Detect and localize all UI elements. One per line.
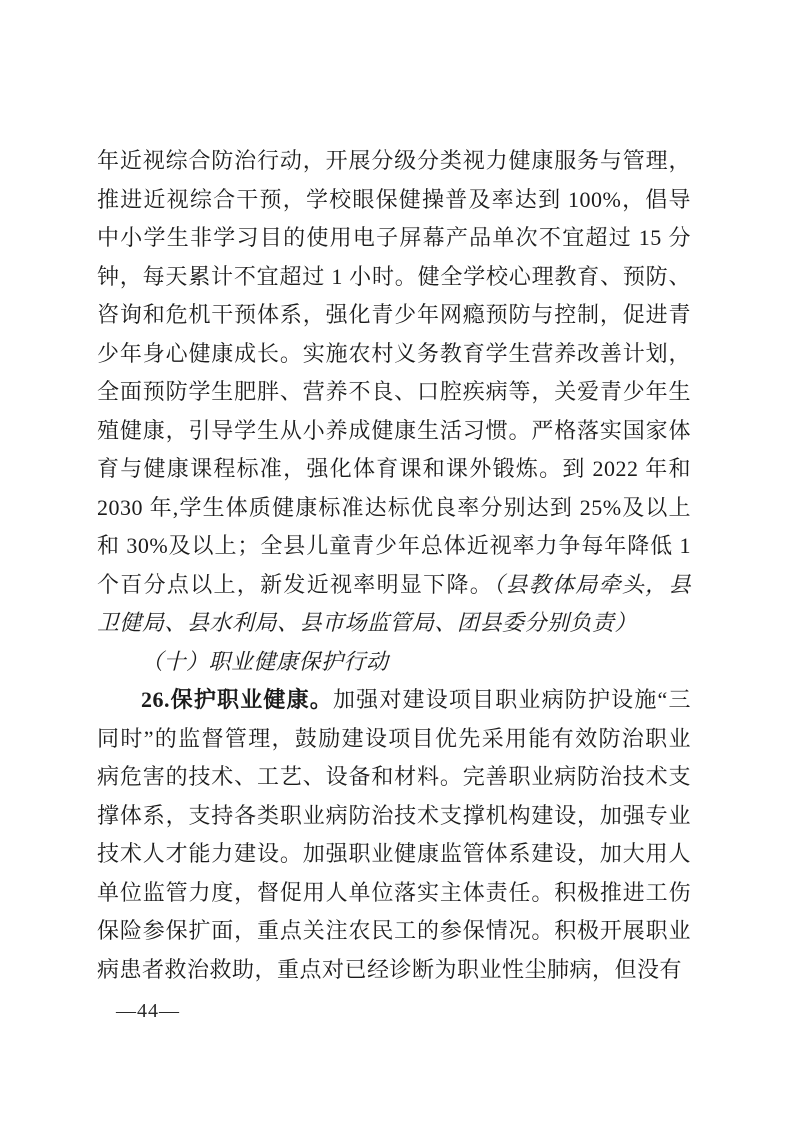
- text-segment-song: 年近视综合防治行动，开展分级分类视力健康服务与管理，推进近视综合干预，学校眼保健…: [97, 148, 691, 597]
- page-number: —44—: [116, 1000, 180, 1023]
- text-segment-song: 加强对建设项目职业病防护设施“三同时”的监督管理，鼓励建设项目优先采用能有效防治…: [97, 687, 691, 982]
- text-segment-song-bold: 26.保护职业健康。: [141, 687, 333, 712]
- document-body: 年近视综合防治行动，开展分级分类视力健康服务与管理，推进近视综合干预，学校眼保健…: [97, 142, 691, 989]
- paragraph-myopia-action-continuation: 年近视综合防治行动，开展分级分类视力健康服务与管理，推进近视综合干预，学校眼保健…: [97, 142, 691, 643]
- paragraph-26-protect-occupational-health: 26.保护职业健康。加强对建设项目职业病防护设施“三同时”的监督管理，鼓励建设项…: [97, 681, 691, 989]
- text-segment-kai: （十）职业健康保护行动: [141, 649, 389, 674]
- document-page: 年近视综合防治行动，开展分级分类视力健康服务与管理，推进近视综合干预，学校眼保健…: [0, 0, 793, 1122]
- section-heading-occupational-health: （十）职业健康保护行动: [97, 643, 691, 682]
